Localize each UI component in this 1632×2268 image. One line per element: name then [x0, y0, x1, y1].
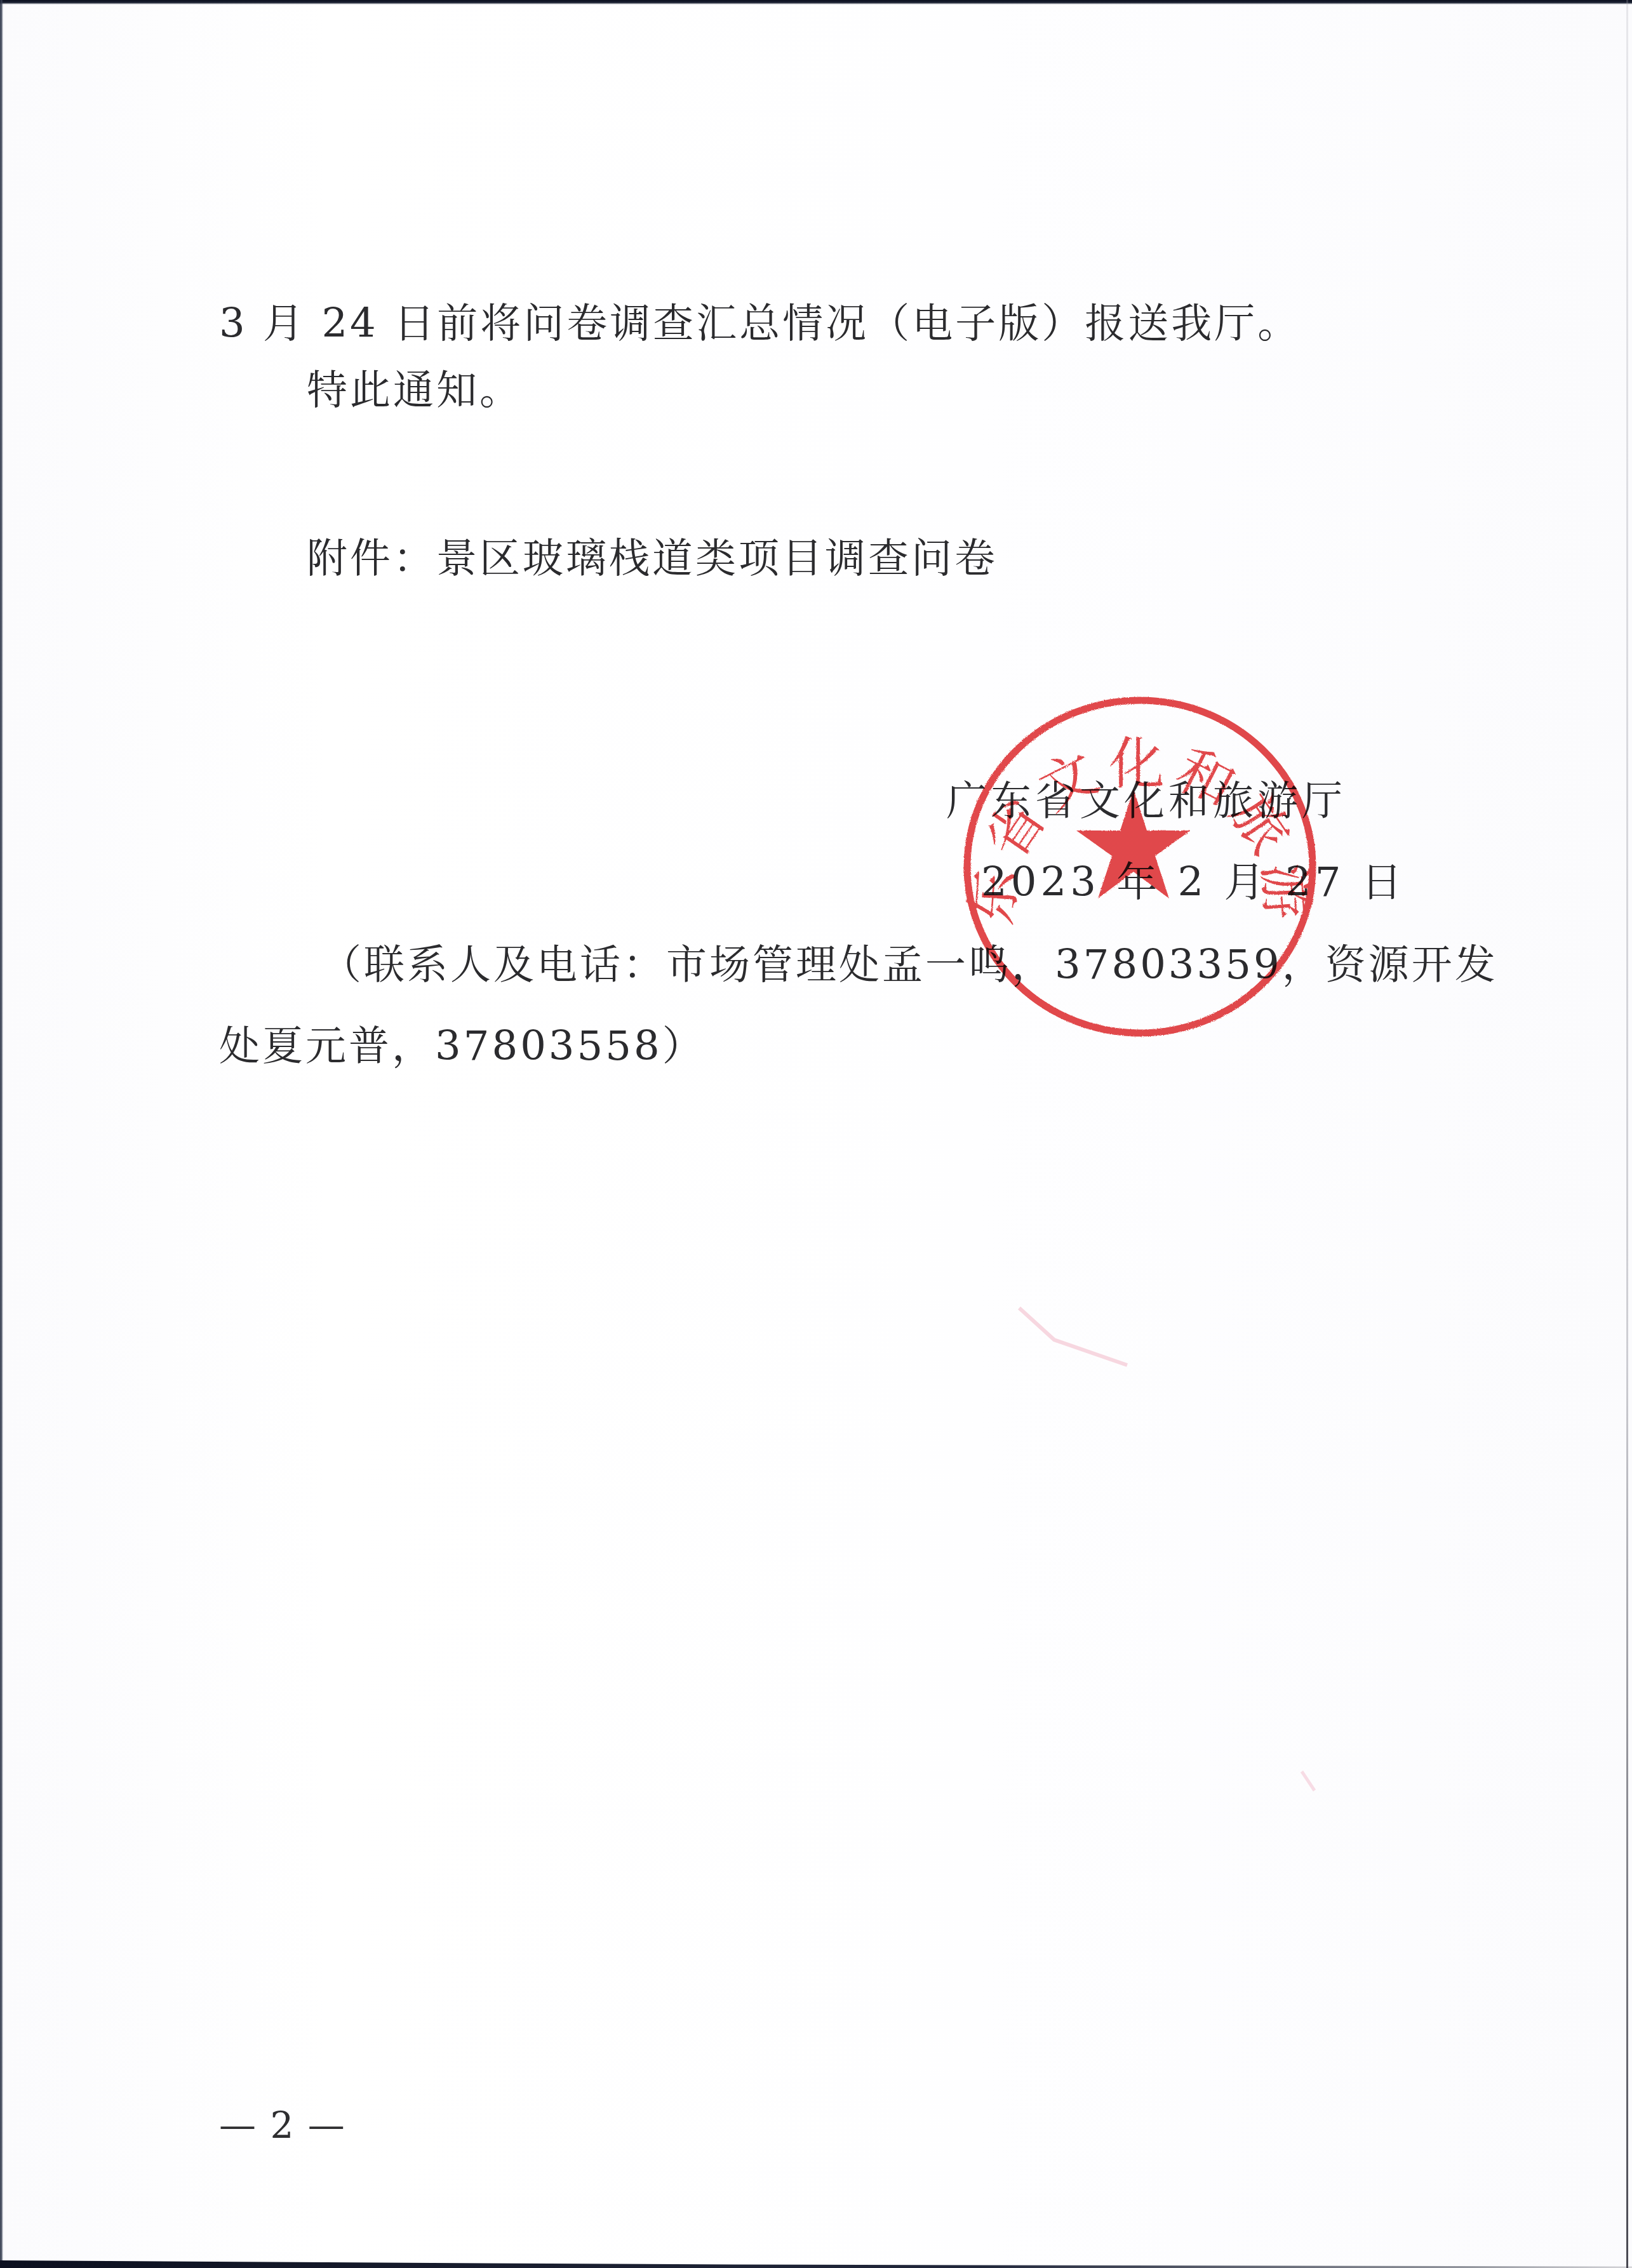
deadline-paragraph: 3 月 24 日前将问卷调查汇总情况（电子版）报送我厅。	[219, 298, 1301, 349]
page-number: — 2 —	[219, 2103, 346, 2147]
bleed-through-marks	[1016, 1302, 1207, 1429]
closing-phrase: 特此通知。	[307, 365, 523, 416]
contact-line-2: 处夏元普，37803558）	[219, 1021, 706, 1072]
scan-edge-bottom	[0, 2260, 1632, 2268]
scan-edge-left	[0, 0, 3, 2268]
attachment-reference: 附件：景区玻璃栈道类项目调查问卷	[307, 533, 998, 584]
bleed-through-marks	[1295, 1765, 1334, 1803]
scan-edge-top	[0, 0, 1632, 4]
scan-edge-right	[1626, 0, 1628, 2268]
contact-line-1: （联系人及电话：市场管理处孟一鸣，37803359，资源开发	[321, 940, 1498, 991]
issuer-name: 广东省文化和旅游厅	[946, 776, 1346, 827]
document-page: 3 月 24 日前将问卷调查汇总情况（电子版）报送我厅。 特此通知。 附件：景区…	[0, 0, 1632, 2268]
issue-date: 2023 年 2 月 27 日	[981, 857, 1406, 908]
